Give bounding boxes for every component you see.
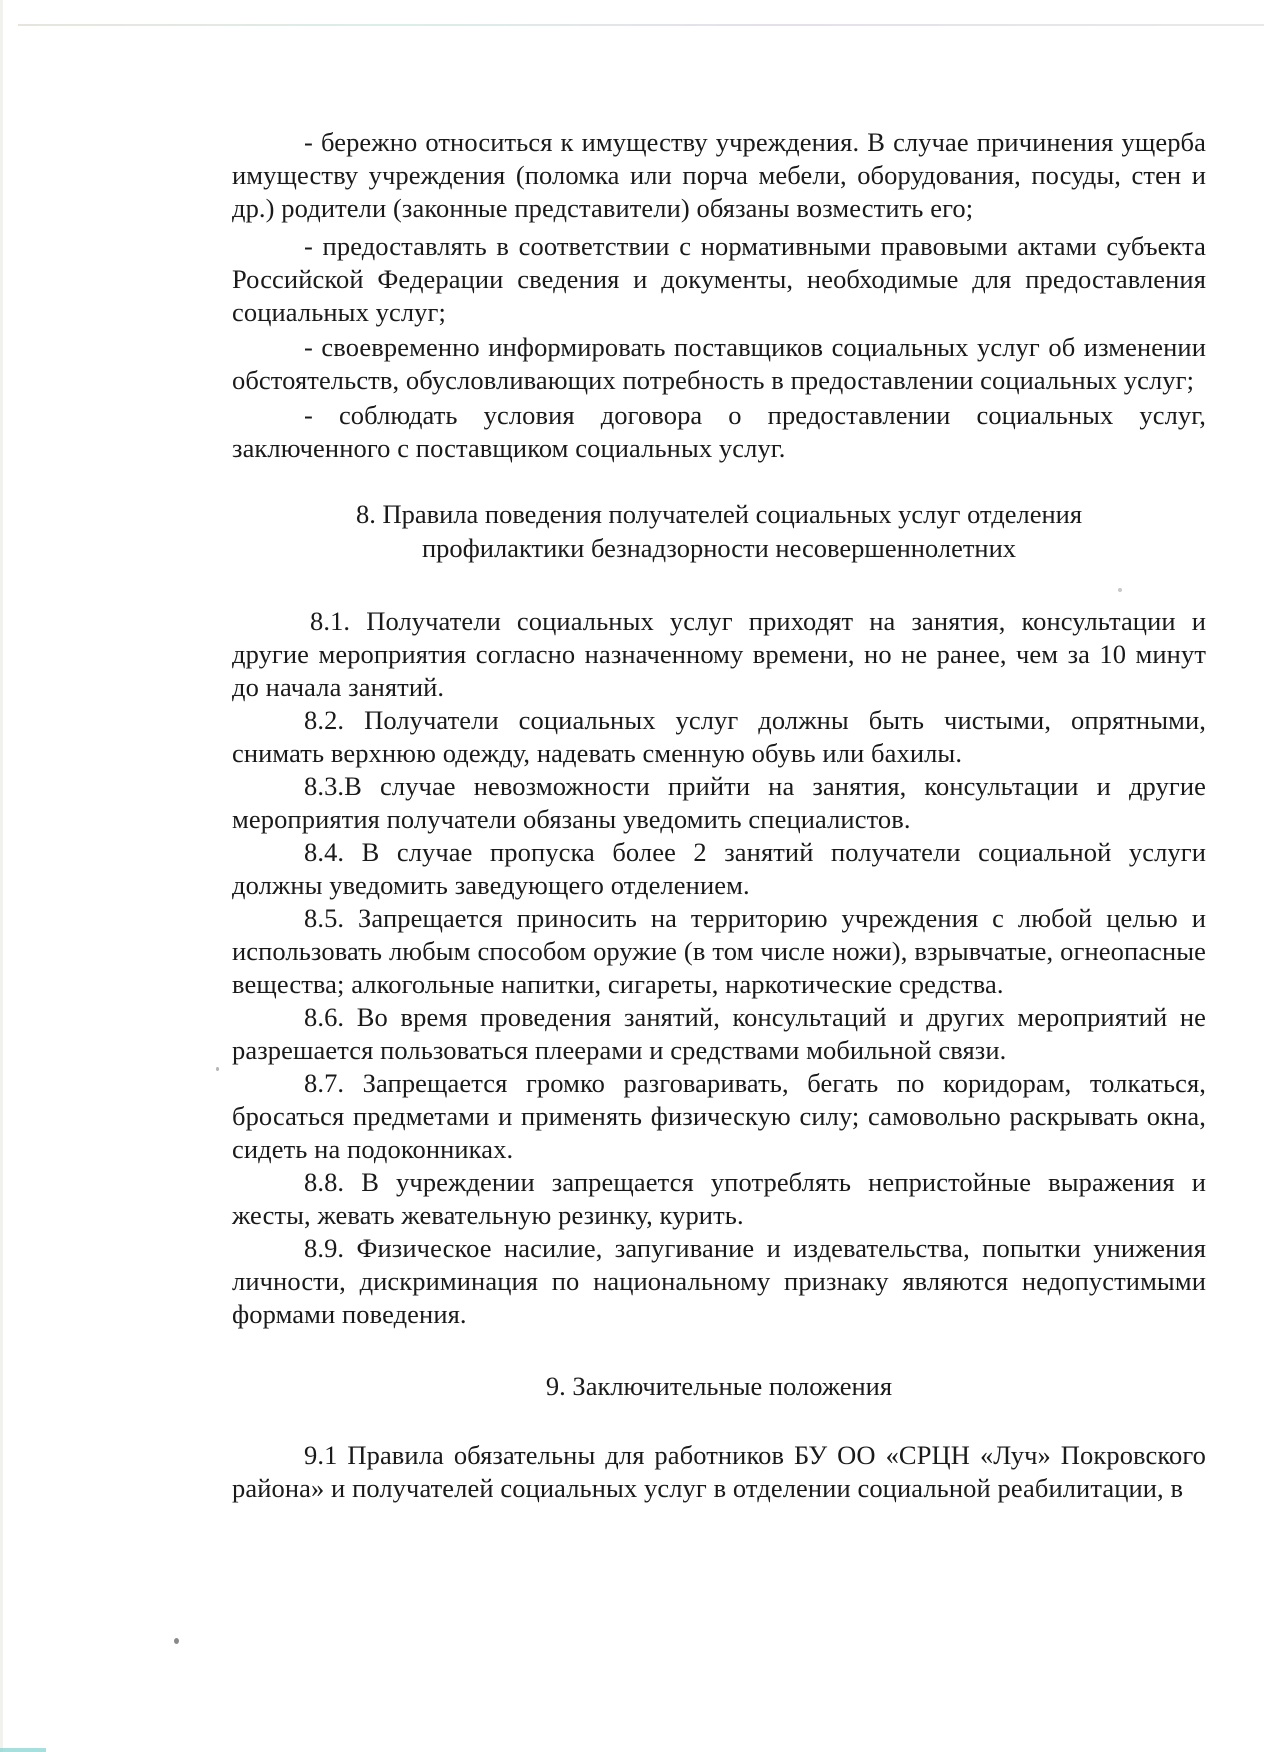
scan-edge-left	[0, 0, 3, 1752]
section-8-heading: 8. Правила поведения получателей социаль…	[232, 497, 1206, 565]
obligation-item: - своевременно информировать поставщиков…	[232, 331, 1206, 397]
rule-item-8-4: 8.4. В случае пропуска более 2 занятий п…	[232, 836, 1206, 902]
rule-item-8-3: 8.3.В случае невозможности прийти на зан…	[232, 770, 1206, 836]
rule-item-8-1: 8.1. Получатели социальных услуг приходя…	[232, 605, 1206, 704]
scan-speck	[174, 1638, 179, 1644]
section-8-heading-line1: 8. Правила поведения получателей социаль…	[232, 497, 1206, 531]
obligation-item: - соблюдать условия договора о предостав…	[232, 399, 1206, 465]
section-9-items: 9.1 Правила обязательны для работников Б…	[232, 1439, 1206, 1505]
obligations-list: - бережно относиться к имуществу учрежде…	[232, 126, 1206, 465]
rule-item-8-7: 8.7. Запрещается громко разговаривать, б…	[232, 1067, 1206, 1166]
document-page: - бережно относиться к имуществу учрежде…	[232, 126, 1206, 1505]
rule-item-8-2: 8.2. Получатели социальных услуг должны …	[232, 704, 1206, 770]
scan-bottom-mark	[0, 1748, 46, 1752]
obligation-item: - бережно относиться к имуществу учрежде…	[232, 126, 1206, 225]
section-9-heading: 9. Заключительные положения	[232, 1369, 1206, 1403]
section-8-items: 8.1. Получатели социальных услуг приходя…	[232, 605, 1206, 1331]
rule-item-9-1: 9.1 Правила обязательны для работников Б…	[232, 1439, 1206, 1505]
scan-edge-top	[18, 24, 1264, 26]
rule-item-8-5: 8.5. Запрещается приносить на территорию…	[232, 902, 1206, 1001]
rule-item-8-9: 8.9. Физическое насилие, запугивание и и…	[232, 1232, 1206, 1331]
rule-item-8-8: 8.8. В учреждении запрещается употреблят…	[232, 1166, 1206, 1232]
obligation-item: - предоставлять в соответствии с нормати…	[232, 230, 1206, 329]
rule-item-8-6: 8.6. Во время проведения занятий, консул…	[232, 1001, 1206, 1067]
scan-speck	[216, 1067, 219, 1071]
section-8-heading-line2: профилактики безнадзорности несовершенно…	[232, 531, 1206, 565]
